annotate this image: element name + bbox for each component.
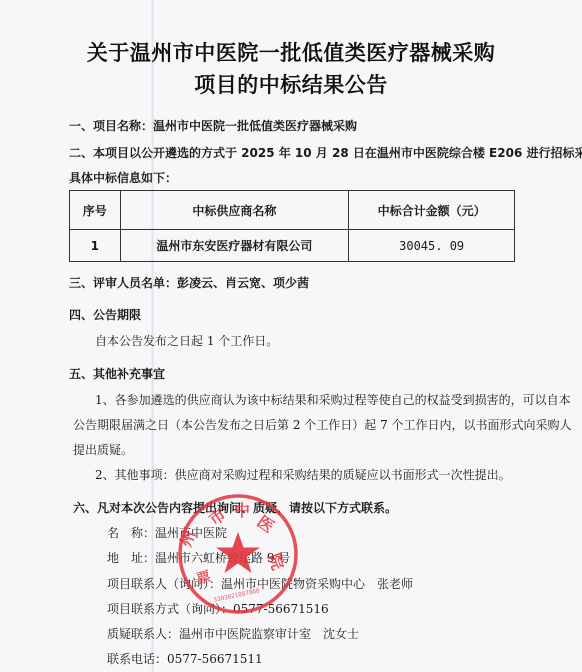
- section-other-heading: 五、其他补充事宜: [69, 366, 165, 382]
- cell-amount: 30045. 09: [349, 230, 515, 262]
- header-index: 序号: [70, 191, 121, 230]
- contact-complaint-phone: 联系电话：0577-56671511: [107, 651, 263, 667]
- contact-name: 名 称：温州市中医院: [107, 525, 227, 541]
- section-procurement-method: 二、本项目以公开遴选的方式于 2025 年 10 月 28 日在温州市中医院综合…: [69, 145, 582, 161]
- document-title-line1: 关于温州市中医院一批低值类医疗器械采购: [0, 37, 582, 67]
- contact-address: 地 址：温州市六虹桥蛟尾路 9 号: [107, 550, 290, 566]
- document-title-line2: 项目的中标结果公告: [0, 69, 582, 99]
- section-other-item1-line1: 1、各参加遴选的供应商认为该中标结果和采购过程等使自己的权益受到损害的，可以自本: [95, 392, 571, 408]
- header-supplier: 中标供应商名称: [120, 191, 349, 230]
- contact-project-person: 项目联系人（询问）：温州市中医院物资采购中心 张老师: [107, 576, 413, 592]
- section-notice-period-body: 自本公告发布之日起 1 个工作日。: [95, 333, 278, 349]
- award-table: 序号 中标供应商名称 中标合计金额（元） 1 温州市东安医疗器材有限公司 300…: [69, 190, 515, 262]
- section-other-item1-line2: 公告期限届满之日（本公告发布之日后第 2 个工作日）起 7 个工作日内，以书面形…: [73, 417, 572, 433]
- section-other-item2: 2、其他事项：供应商对采购过程和采购结果的质疑应以书面形式一次性提出。: [95, 467, 511, 483]
- header-amount: 中标合计金额（元）: [349, 191, 515, 230]
- contact-complaint-person: 质疑联系人：温州市中医院监察审计室 沈女士: [107, 626, 359, 642]
- contact-project-phone: 项目联系方式（询问）：0577-56671516: [107, 601, 329, 617]
- cell-supplier: 温州市东安医疗器材有限公司: [120, 230, 349, 262]
- table-row: 1 温州市东安医疗器材有限公司 30045. 09: [70, 230, 515, 262]
- section-project-name: 一、项目名称：温州市中医院一批低值类医疗器械采购: [69, 118, 357, 134]
- section-contact-heading: 六、凡对本次公告内容提出询问、质疑，请按以下方式联系。: [73, 500, 397, 516]
- section-reviewers: 三、评审人员名单：彭凌云、肖云宽、项少茜: [69, 275, 309, 291]
- section-notice-period-heading: 四、公告期限: [69, 307, 141, 323]
- table-header-row: 序号 中标供应商名称 中标合计金额（元）: [70, 191, 515, 230]
- section-award-info-label: 具体中标信息如下：: [69, 170, 177, 186]
- cell-index: 1: [70, 230, 121, 262]
- section-other-item1-line3: 提出质疑。: [73, 442, 133, 458]
